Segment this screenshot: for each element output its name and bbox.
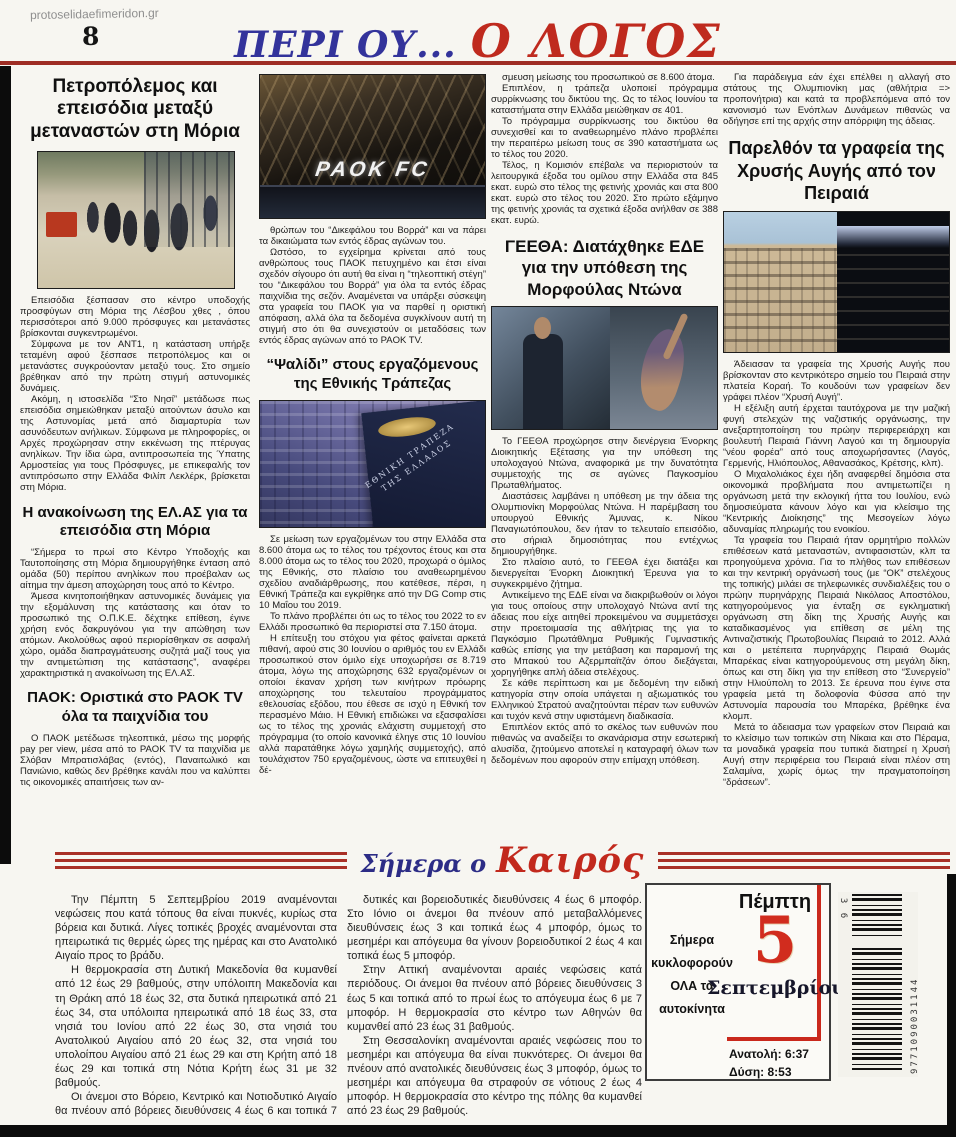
- paok-fc-photo: PAOK FC: [259, 74, 486, 219]
- column-2: PAOK FC θρώπων του “Δικεφάλου του Βορρά”…: [259, 72, 486, 844]
- paragraph: σμευση μείωσης του προσωπικού σε 8.600 ά…: [491, 72, 718, 83]
- paragraph: Η θερμοκρασία στη Δυτική Μακεδονία θα κυ…: [55, 963, 337, 1090]
- fence-shape: [144, 152, 234, 247]
- paragraph: Το ΓΕΕΘΑ προχώρησε στην διενέργεια Ένορκ…: [491, 436, 718, 491]
- paragraph: Τα γραφεία του Πειραιά ήταν ορμητήριο πο…: [723, 535, 950, 722]
- paragraph: Σύμφωνα με τον ΑΝΤ1, η κατάσταση υπήρξε …: [20, 339, 250, 394]
- column-1: Πετροπόλεμος και επεισόδια μεταξύ μετανα…: [20, 72, 250, 844]
- xa-offices-photo: [723, 211, 950, 353]
- paragraph: Το πρόγραμμα συρρίκνωσης του δικτύου θα …: [491, 116, 718, 160]
- header-rule: [0, 61, 956, 65]
- paragraph: Σήμερα: [649, 933, 735, 947]
- weather-column-2: δυτικές και βορειοδυτικές διευθύνσεις 4 …: [347, 893, 642, 1119]
- paragraph: Στην Αττική αναμένονται αραιές νεφώσεις …: [347, 963, 642, 1033]
- suit-shape: [523, 334, 563, 430]
- building-day: [724, 212, 837, 352]
- paragraph: Αντικείμενο της ΕΔΕ είναι να διακριβωθού…: [491, 590, 718, 678]
- barcode-bars-top: [852, 894, 902, 938]
- dumpster-shape: [46, 212, 77, 236]
- paragraph: Άδειασαν τα γραφεία της Χρυσής Αυγής που…: [723, 359, 950, 403]
- paragraph: Στο πλαίσιο αυτό, το ΓΕΕΘΑ έχει διατάξει…: [491, 557, 718, 590]
- issue-barcode: 3 6 9771090031144: [838, 892, 918, 1077]
- weather-banner: Σήμερα οΚαιρός: [0, 840, 956, 881]
- right-edge-bar: [947, 874, 956, 1137]
- night-windows: [837, 254, 950, 352]
- paragraph: Την Πέμπτη 5 Σεπτεμβρίου 2019 αναμένοντα…: [55, 893, 337, 963]
- bottom-edge-bar: [0, 1125, 956, 1137]
- ntona-photo: [491, 306, 718, 430]
- masthead: ΠΕΡΙ ΟΥ...Ο ΛΟΓΟΣ: [0, 14, 956, 68]
- gymnast-shape: [631, 325, 695, 414]
- calendar-month: Σεπτεμβρίου: [707, 977, 837, 999]
- xa-body: Άδειασαν τα γραφεία της Χρυσής Αυγής που…: [723, 359, 950, 789]
- paragraph: θρώπων του “Δικεφάλου του Βορρά” και να …: [259, 225, 486, 247]
- paragraph: κυκλοφορούν: [649, 956, 735, 970]
- paragraph: Στη Θεσσαλονίκη αναμένονται αραιές νεφώσ…: [347, 1034, 642, 1118]
- paragraph: Τέλος, η Κομισιόν επέβαλε να περιοριστού…: [491, 160, 718, 226]
- paragraph: Επιπλέον, η τράπεζα υλοποιεί πρόγραμμα σ…: [491, 83, 718, 116]
- paragraph: δυτικές και βορειοδυτικές διευθύνσεις 4 …: [347, 893, 642, 963]
- official-figure: [492, 307, 610, 429]
- paragraph: Άμεσα κινητοποιήθηκαν αστυνομικές δυνάμε…: [20, 591, 250, 679]
- weather-title: Σήμερα οΚαιρός: [347, 840, 659, 881]
- weather-title-red: Καιρός: [496, 840, 644, 881]
- paragraph: Το πλάνο προβλέπει ότι ως το τέλος του 2…: [259, 611, 486, 633]
- left-edge-bar: [0, 66, 11, 864]
- ethniki-body-continued: σμευση μείωσης του προσωπικού σε 8.600 ά…: [491, 72, 718, 226]
- column-3: σμευση μείωσης του προσωπικού σε 8.600 ά…: [491, 72, 718, 844]
- barcode-bars-main: [852, 948, 902, 1072]
- paragraph: Η εξέλιξη αυτή έρχεται ταυτόχρονα με την…: [723, 403, 950, 469]
- moria-body: Επεισόδια ξέσπασαν στο κέντρο υποδοχής π…: [20, 295, 250, 493]
- paragraph: Σε κάθε περίπτωση και με δεδομένη την ει…: [491, 678, 718, 722]
- paragraph: Διαστάσεις λαμβάνει η υπόθεση με την άδε…: [491, 491, 718, 557]
- paragraph: Επεισόδια ξέσπασαν στο κέντρο υποδοχής π…: [20, 295, 250, 339]
- paragraph: Ωστόσο, το εγχείρημα κρίνεται από τους α…: [259, 247, 486, 346]
- ethniki-bank-photo: ΕΘΝΙΚΗ ΤΡΑΠΕΖΑ ΤΗΣ ΕΛΛΑΔΟΣ: [259, 400, 486, 528]
- xa-headline: Παρελθόν τα γραφεία της Χρυσής Αυγής από…: [723, 137, 950, 205]
- barcode-number: 9771090031144: [910, 944, 920, 1074]
- sun-times: Ανατολή: 6:37 Δύση: 8:53: [729, 1045, 829, 1081]
- masthead-left: ΠΕΡΙ ΟΥ...: [234, 24, 457, 66]
- geetha-body-continued: Για παράδειγμα εάν έχει επέλθει η αλλαγή…: [723, 72, 950, 127]
- newspaper-page: protoselidaefimeridon.gr 8 ΠΕΡΙ ΟΥ...Ο Λ…: [0, 0, 956, 1137]
- moria-photo: [37, 151, 235, 289]
- moria-headline: Πετροπόλεμος και επεισόδια μεταξύ μετανα…: [20, 76, 250, 143]
- paok-body: Ο ΠΑΟΚ μετέδωσε τηλεοπτικά, μέσω της μορ…: [20, 733, 250, 788]
- calendar-box: ΣήμερακυκλοφορούνΟΛΑ τααυτοκίνητα Πέμπτη…: [645, 883, 831, 1081]
- paok-subhead: ΠΑΟΚ: Οριστικά στο PAOK TV όλα τα παιχνί…: [20, 689, 250, 727]
- banner-lines-left: [55, 852, 347, 869]
- geetha-body: Το ΓΕΕΘΑ προχώρησε στην διενέργεια Ένορκ…: [491, 436, 718, 766]
- paragraph: αυτοκίνητα: [649, 1002, 735, 1016]
- paragraph: Μετά το άδειασμα των γραφείων στον Πειρα…: [723, 722, 950, 788]
- calendar-date-number: 5: [725, 903, 825, 978]
- ethniki-subhead: “Ψαλίδι” στους εργαζόμενους της Εθνικής …: [259, 356, 486, 394]
- paragraph: Επιπλέον εκτός από το σκέλος των ευθυνών…: [491, 722, 718, 766]
- head-shape: [534, 317, 551, 339]
- paragraph: Η επίτευξη του στόχου για φέτος φαίνεται…: [259, 633, 486, 776]
- paok-fc-sign: PAOK FC: [259, 158, 486, 182]
- ethniki-body: Σε μείωση των εργαζομένων του στην Ελλάδ…: [259, 534, 486, 776]
- weather-column-1: Την Πέμπτη 5 Σεπτεμβρίου 2019 αναμένοντα…: [55, 893, 337, 1119]
- paragraph: Ο ΠΑΟΚ μετέδωσε τηλεοπτικά, μέσω της μορ…: [20, 733, 250, 788]
- night-lights: [837, 226, 950, 248]
- banner-lines-right: [658, 852, 950, 869]
- masthead-right: Ο ΛΟΓΟΣ: [471, 14, 722, 68]
- day-windows: [724, 248, 837, 352]
- paragraph: Ακόμη, η ιστοσελίδα “Στο Νησί” μετάδωσε …: [20, 394, 250, 493]
- paragraph: “Σήμερα το πρωί στο Κέντρο Υποδοχής και …: [20, 547, 250, 591]
- sunrise-time: Ανατολή: 6:37: [729, 1045, 829, 1063]
- weather-title-blue: Σήμερα ο: [361, 849, 486, 878]
- gymnast-figure: [610, 307, 717, 429]
- barcode-issue-digits: 3 6: [838, 898, 848, 920]
- geetha-headline: ΓΕΕΘΑ: Διατάχθηκε ΕΔΕ για την υπόθεση τη…: [491, 236, 718, 300]
- column-4: Για παράδειγμα εάν έχει επέλθει η αλλαγή…: [723, 72, 950, 844]
- paok-body-continued: θρώπων του “Δικεφάλου του Βορρά” και να …: [259, 225, 486, 346]
- paragraph: Για παράδειγμα εάν έχει επέλθει η αλλαγή…: [723, 72, 950, 127]
- paragraph: Ο Μιχαλολιάκος έχει ήδη αναφερθεί δημόσι…: [723, 469, 950, 535]
- paragraph: Οι άνεμοι στο Βόρειο, Κεντρικό και Νοτιο…: [55, 1090, 337, 1119]
- elas-body: “Σήμερα το πρωί στο Κέντρο Υποδοχής και …: [20, 547, 250, 679]
- stage-band: [260, 185, 485, 218]
- sunset-time: Δύση: 8:53: [729, 1063, 829, 1081]
- building-night: [837, 212, 950, 352]
- paragraph: Σε μείωση των εργαζομένων του στην Ελλάδ…: [259, 534, 486, 611]
- elas-subhead: Η ανακοίνωση της ΕΛ.ΑΣ για τα επεισόδια …: [20, 504, 250, 542]
